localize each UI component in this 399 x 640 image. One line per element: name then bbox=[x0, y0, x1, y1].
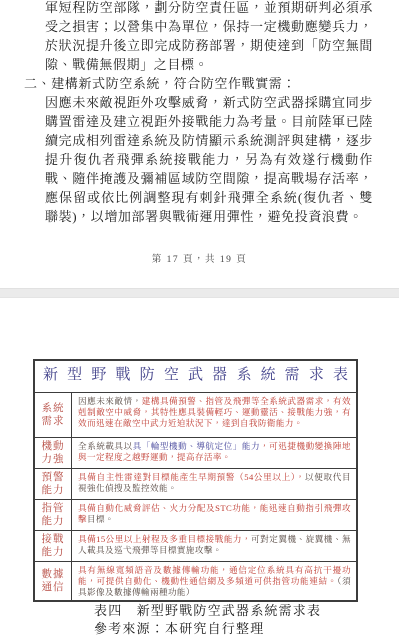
source-note: 參考來源：本研究自行整理 bbox=[94, 618, 264, 637]
row-label: 機動 力強 bbox=[35, 438, 72, 468]
row-content: 因應未來敵情，建構具備預警、指管及飛彈等全系統武器需求，有效剋制敵空中威脅，其特… bbox=[72, 393, 356, 437]
table-row: 機動 力強 全系統載具以具「輪型機動、導航定位」能力，可迅捷機動變換陣地與一定程… bbox=[35, 437, 356, 468]
page-gap-divider bbox=[0, 288, 399, 298]
table-row: 預警 能力 具備自主性雷達對目標能產生早期預警（54公里以上），以便取代目視強化… bbox=[35, 468, 356, 499]
page-number: 第 17 頁，共 19 頁 bbox=[0, 251, 399, 265]
row-content: 具備15公里以上射程及多重目標接戰能力，可對定翼機、旋翼機、無人載具及巡弋飛彈等… bbox=[72, 531, 356, 561]
row-content: 具有無線寬頻語音及數據傳輸功能，通信定位系統具有高抗干擾功能，可提供自動化、機動… bbox=[72, 562, 356, 600]
continued-paragraph: 軍短程防空部隊，劃分防空責任區，並預期研判必須承受之損害；以營集中為單位，保持一… bbox=[45, 0, 373, 74]
document-body-text: 軍短程防空部隊，劃分防空責任區，並預期研判必須承受之損害；以營集中為單位，保持一… bbox=[0, 0, 399, 226]
table-row: 系統 需求 因應未來敵情，建構具備預警、指管及飛彈等全系統武器需求，有效剋制敵空… bbox=[35, 392, 356, 437]
row-content: 全系統載具以具「輪型機動、導航定位」能力，可迅捷機動變換陣地與一定程度之越野運動… bbox=[72, 438, 356, 468]
row-content: 具備自主性雷達對目標能產生早期預警（54公里以上），以便取代目視強化偵搜及監控效… bbox=[72, 469, 356, 499]
row-label: 數據 通信 bbox=[35, 562, 72, 600]
requirements-table: 新型野戰防空武器系統需求表 系統 需求 因應未來敵情，建構具備預警、指管及飛彈等… bbox=[33, 359, 358, 602]
row-content: 具備自動化威脅評估、火力分配及STC功能，能迅速自動指引飛彈攻擊目標。 bbox=[72, 500, 356, 530]
row-label: 指管 能力 bbox=[35, 500, 72, 530]
table-caption: 表四 新型野戰防空武器系統需求表 bbox=[94, 600, 321, 619]
table-row: 數據 通信 具有無線寬頻語音及數據傳輸功能，通信定位系統具有高抗干擾功能，可提供… bbox=[35, 561, 356, 600]
row-label: 接戰 能力 bbox=[35, 531, 72, 561]
row-label: 系統 需求 bbox=[35, 393, 72, 437]
table-row: 接戰 能力 具備15公里以上射程及多重目標接戰能力，可對定翼機、旋翼機、無人載具… bbox=[35, 530, 356, 561]
table-row: 指管 能力 具備自動化威脅評估、火力分配及STC功能，能迅速自動指引飛彈攻擊目標… bbox=[35, 499, 356, 530]
body-paragraph: 因應未來敵視距外攻擊威脅，新式防空武器採購宜同步購置雷達及建立視距外接戰能力為考… bbox=[45, 93, 373, 226]
row-label: 預警 能力 bbox=[35, 469, 72, 499]
table-title: 新型野戰防空武器系統需求表 bbox=[35, 361, 356, 392]
section-heading: 二、建構新式防空系統，符合防空作戰實需： bbox=[24, 74, 373, 93]
